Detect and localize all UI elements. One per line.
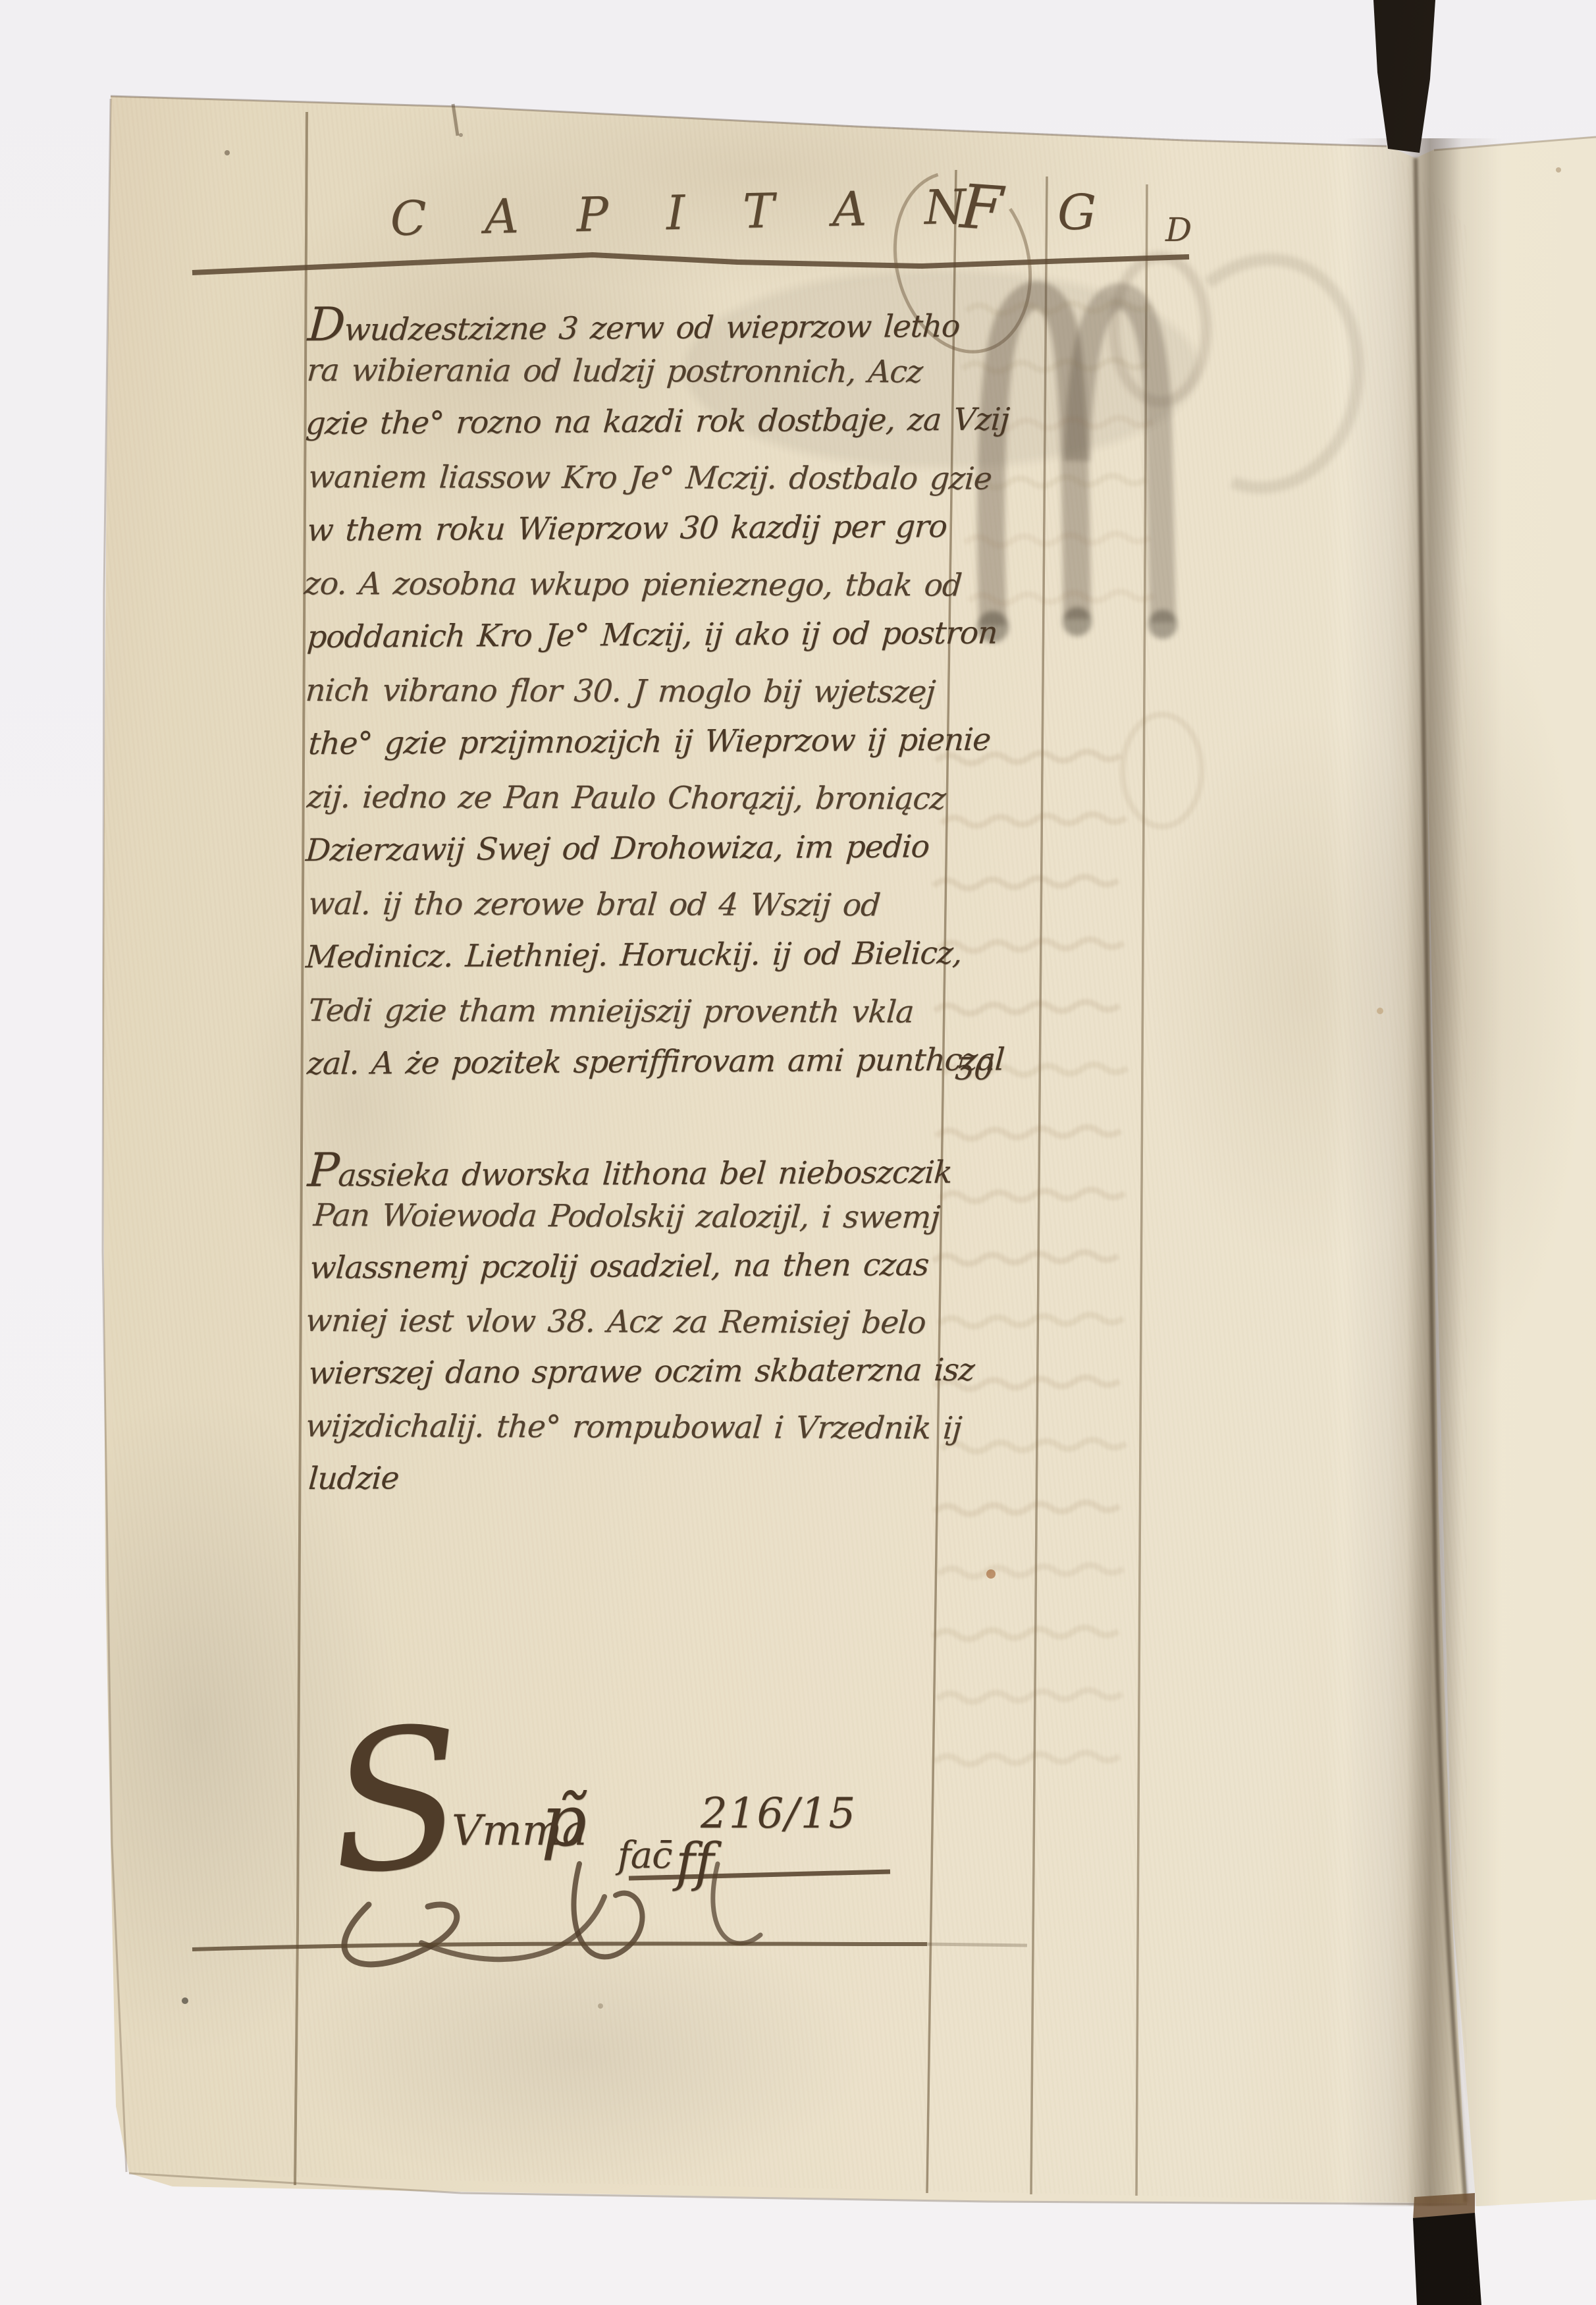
manuscript-line: ra wibierania od ludzij postronnich, Acz bbox=[306, 355, 924, 387]
manuscript-line: Dzierzawij Swej od Drohowiza, im pedio bbox=[305, 831, 930, 866]
summa-amount: 216/15 bbox=[701, 1793, 857, 1835]
manuscript-line: zal. A że pozitek speriffirovam ami punt… bbox=[306, 1044, 1005, 1079]
entry-1-margin-amount: 50 bbox=[954, 1054, 994, 1085]
summa-florin-sign: ff bbox=[676, 1836, 713, 1889]
margin-rule-left bbox=[295, 112, 307, 2185]
manuscript-line: ludzie bbox=[307, 1463, 400, 1494]
manuscript-line: nich vibrano flor 30. J moglo bij wjetsz… bbox=[305, 675, 936, 708]
scanned-book-spread: C A P I T A N F G D Dwudzestzizne 3 zerw… bbox=[0, 0, 1596, 2305]
manuscript-line: waniem liassow Kro Je° Mczij. dostbalo g… bbox=[307, 462, 993, 495]
manuscript-line: wierszej dano sprawe oczim skbaterzna is… bbox=[307, 1355, 975, 1389]
summa-facit-abbreviation: fac̄ bbox=[618, 1837, 672, 1874]
manuscript-line: Tedi gzie tham mnieijszij proventh vkla bbox=[307, 995, 915, 1027]
gutter-crease-line bbox=[1416, 158, 1466, 2202]
summa-bottom-rule-faint bbox=[927, 1944, 1027, 1945]
summa-per-abbreviation: p̃ bbox=[541, 1786, 586, 1857]
manuscript-line: Passieka dworska lithona bel nieboszczik bbox=[306, 1144, 953, 1194]
manuscript-line: Dwudzestzizne 3 zerw od wieprzow letho bbox=[307, 298, 962, 348]
summa-initial-letter: S bbox=[324, 1700, 468, 1901]
column-header-d: D bbox=[1165, 213, 1191, 246]
column-header-g: G bbox=[1057, 188, 1096, 237]
manuscript-line: gzie the° rozno na kazdi rok dostbaje, z… bbox=[305, 404, 1010, 439]
manuscript-line: wal. ij tho zerowe bral od 4 Wszij od bbox=[307, 888, 882, 921]
manuscript-line: Pan Woiewoda Podolskij zalozijl, i swemj bbox=[313, 1200, 941, 1233]
header-rule bbox=[192, 255, 1189, 273]
page-bottom-edge bbox=[129, 2173, 1467, 2204]
left-page-left-edge bbox=[103, 99, 126, 2172]
manuscript-line: zo. A zosobna wkupo pienieznego, tbak od bbox=[304, 568, 963, 601]
column-rule-g bbox=[1031, 176, 1047, 2194]
manuscript-line: zij. iedno ze Pan Paulo Chorązij, bronią… bbox=[306, 782, 947, 815]
header-title: C A P I T A N bbox=[390, 182, 986, 242]
small-ink-mark bbox=[453, 104, 458, 136]
column-rule-d bbox=[1136, 184, 1147, 2196]
manuscript-line: wijzdichalij. the° rompubowal i Vrzednik… bbox=[305, 1411, 963, 1444]
right-page-top-edge bbox=[1434, 137, 1596, 150]
manuscript-line: w them roku Wieprzow 30 kazdij per gro bbox=[306, 511, 947, 546]
manuscript-line: wlassnemj pczolij osadziel, na then czas bbox=[309, 1249, 930, 1284]
column-header-f: F bbox=[959, 176, 1004, 240]
left-page-top-edge bbox=[111, 96, 1387, 146]
manuscript-line: wniej iest vlow 38. Acz za Remisiej belo bbox=[305, 1305, 927, 1338]
manuscript-line: poddanich Kro Je° Mczij, ij ako ij od po… bbox=[306, 618, 998, 653]
manuscript-line: the° gzie przijmnozijch ij Wieprzow ij p… bbox=[307, 724, 992, 759]
manuscript-line: Medinicz. Liethniej. Horuckij. ij od Bie… bbox=[305, 938, 963, 973]
